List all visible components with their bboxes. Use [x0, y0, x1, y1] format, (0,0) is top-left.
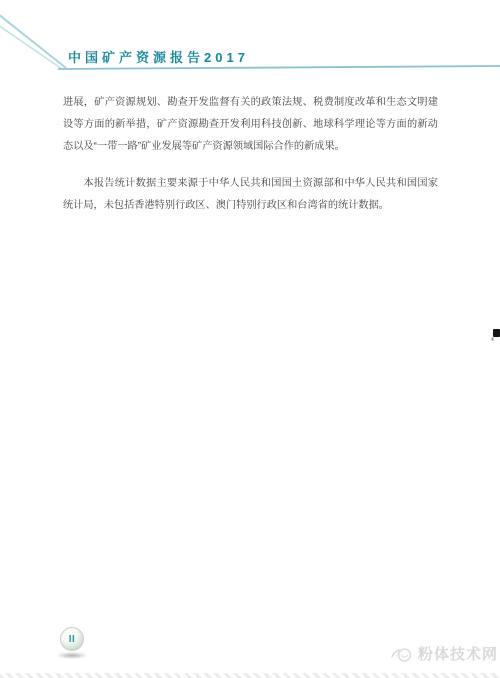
bottom-hatch-strip: [0, 673, 500, 678]
document-page: 中国矿产资源报告2017 进展，矿产资源规划、勘查开发监督有关的政策法规、税费制…: [0, 0, 500, 678]
page-title: 中国矿产资源报告2017: [68, 47, 249, 66]
page-number-shadow: [57, 652, 87, 659]
watermark-text: 粉体技术网: [418, 643, 498, 664]
powder-tech-logo-icon: [391, 644, 415, 664]
paragraph-continued: 进展，矿产资源规划、勘查开发监督有关的政策法规、税费制度改革和生态文明建设等方面…: [63, 92, 438, 158]
watermark: 粉体技术网: [391, 643, 498, 664]
page-number-badge: II: [60, 627, 84, 651]
edge-ink-mark: [493, 329, 500, 337]
header-decoration-lines: [0, 0, 500, 80]
page-number: II: [69, 634, 76, 645]
body-text: 进展，矿产资源规划、勘查开发监督有关的政策法规、税费制度改革和生态文明建设等方面…: [63, 92, 438, 217]
paragraph-data-sources: 本报告统计数据主要来源于中华人民共和国国土资源部和中华人民共和国国家统计局，未包…: [63, 173, 438, 217]
